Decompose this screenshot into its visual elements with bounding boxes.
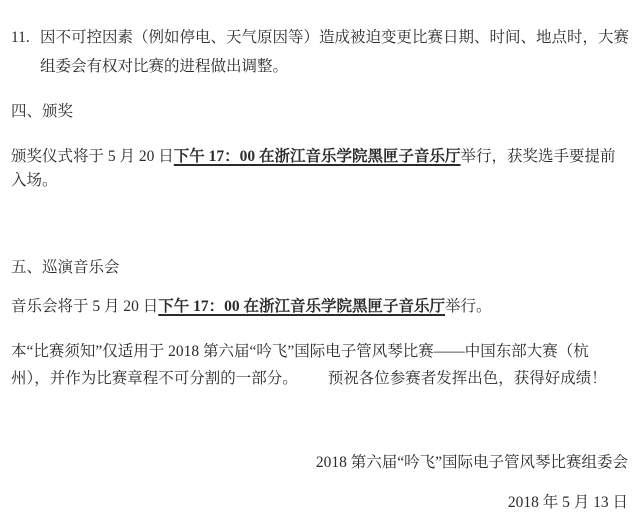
- document-date: 2018 年 5 月 13 日: [11, 491, 628, 515]
- rule-item-line-1: 因不可控因素（例如停电、天气原因等）造成被迫变更比赛日期、时间、地点时，大赛: [40, 23, 628, 52]
- rule-item-11: 11. 因不可控因素（例如停电、天气原因等）造成被迫变更比赛日期、时间、地点时，…: [11, 23, 628, 81]
- award-time-venue-emphasis: 下午 17：00 在浙江音乐学院黑匣子音乐厅: [174, 148, 461, 165]
- section-heading-concert: 五、巡演音乐会: [11, 258, 628, 278]
- concert-paragraph: 音乐会将于 5 月 20 日下午 17：00 在浙江音乐学院黑匣子音乐厅举行。: [11, 295, 628, 319]
- concert-text-prefix: 音乐会将于 5 月 20 日: [11, 298, 158, 315]
- concert-text-suffix: 举行。: [445, 298, 492, 315]
- closing-text-wishes: 预祝各位参赛者发挥出色，获得好成绩！: [328, 370, 607, 387]
- section-heading-award: 四、颁奖: [11, 102, 628, 122]
- concert-time-venue-emphasis: 下午 17：00 在浙江音乐学院黑匣子音乐厅: [158, 298, 445, 315]
- rule-item-number: 11.: [11, 23, 40, 81]
- award-paragraph-line-1: 颁奖仪式将于 5 月 20 日下午 17：00 在浙江音乐学院黑匣子音乐厅举行，…: [11, 145, 628, 169]
- rule-item-line-2: 组委会有权对比赛的进程做出调整。: [40, 52, 628, 81]
- award-paragraph: 颁奖仪式将于 5 月 20 日下午 17：00 在浙江音乐学院黑匣子音乐厅举行，…: [11, 145, 628, 193]
- concert-paragraph-line: 音乐会将于 5 月 20 日下午 17：00 在浙江音乐学院黑匣子音乐厅举行。: [11, 295, 628, 319]
- rule-item-text: 因不可控因素（例如停电、天气原因等）造成被迫变更比赛日期、时间、地点时，大赛组委…: [40, 23, 628, 81]
- closing-paragraph: 本“比赛须知”仅适用于 2018 第六届“吟飞”国际电子管风琴比赛——中国东部大…: [11, 338, 628, 392]
- closing-paragraph-line-1: 本“比赛须知”仅适用于 2018 第六届“吟飞”国际电子管风琴比赛——中国东部大…: [11, 338, 628, 365]
- award-text-suffix: 举行，获奖选手要提前: [461, 148, 616, 165]
- closing-paragraph-line-2: 州），并作为比赛章程不可分割的一部分。预祝各位参赛者发挥出色，获得好成绩！: [11, 365, 628, 392]
- organizing-committee-signature: 2018 第六届“吟飞”国际电子管风琴比赛组委会: [11, 451, 628, 475]
- closing-text-scope: 州），并作为比赛章程不可分割的一部分。: [11, 370, 298, 387]
- award-text-prefix: 颁奖仪式将于 5 月 20 日: [11, 148, 174, 165]
- document-page: 11. 因不可控因素（例如停电、天气原因等）造成被迫变更比赛日期、时间、地点时，…: [0, 0, 640, 517]
- award-paragraph-line-2: 入场。: [11, 169, 628, 193]
